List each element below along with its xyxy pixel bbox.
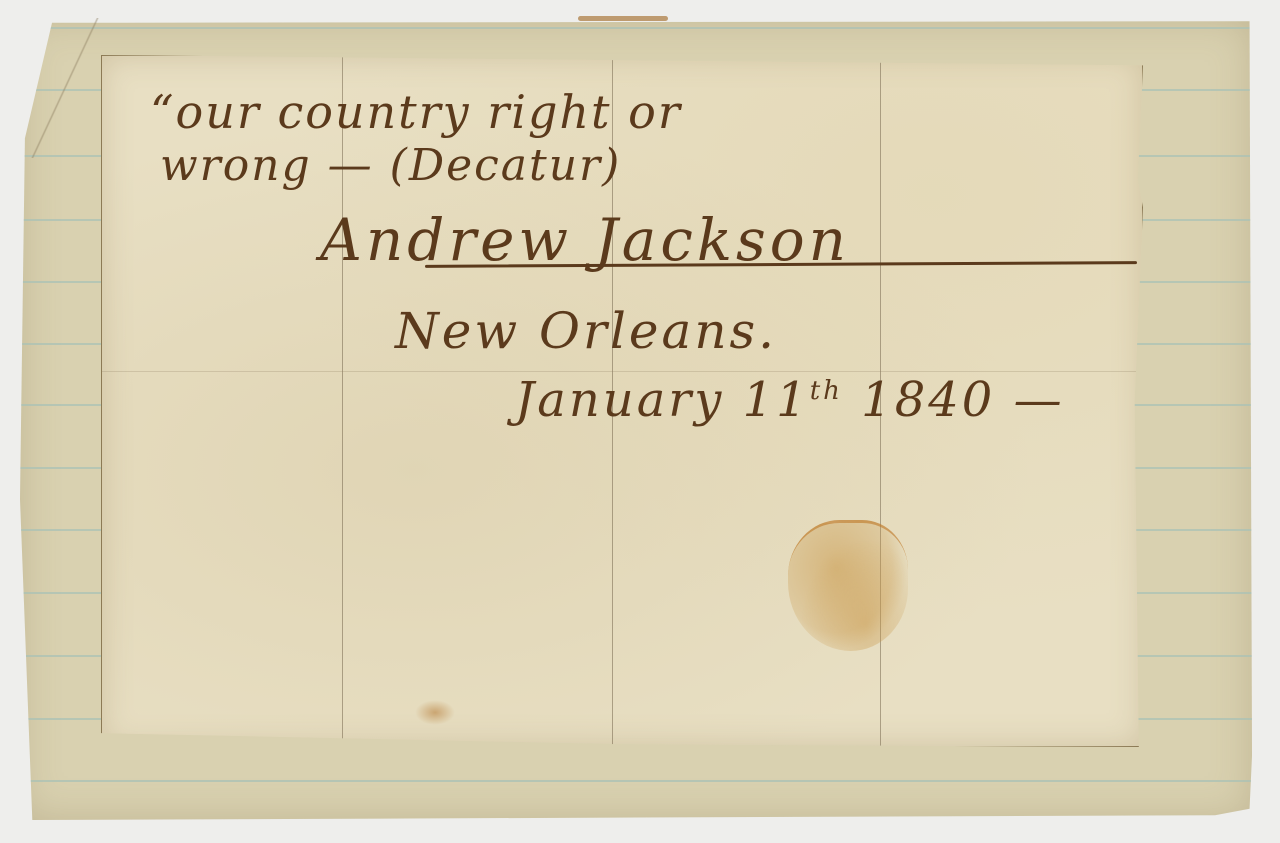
ruled-line: [20, 27, 1252, 29]
quote-line-2: wrong — (Decatur): [160, 140, 621, 191]
date-suffix: th: [810, 376, 843, 406]
quote-line-1: “our country right or: [150, 85, 682, 139]
date-line: January 11th 1840 —: [515, 372, 1065, 428]
date-year: 1840 —: [843, 372, 1065, 428]
place-line: New Orleans.: [395, 302, 777, 360]
small-stain: [415, 700, 455, 725]
date-month-day: January 11: [515, 372, 810, 428]
ruled-line: [20, 780, 1252, 782]
top-edge-stain: [578, 16, 668, 21]
water-stain: [788, 520, 908, 651]
